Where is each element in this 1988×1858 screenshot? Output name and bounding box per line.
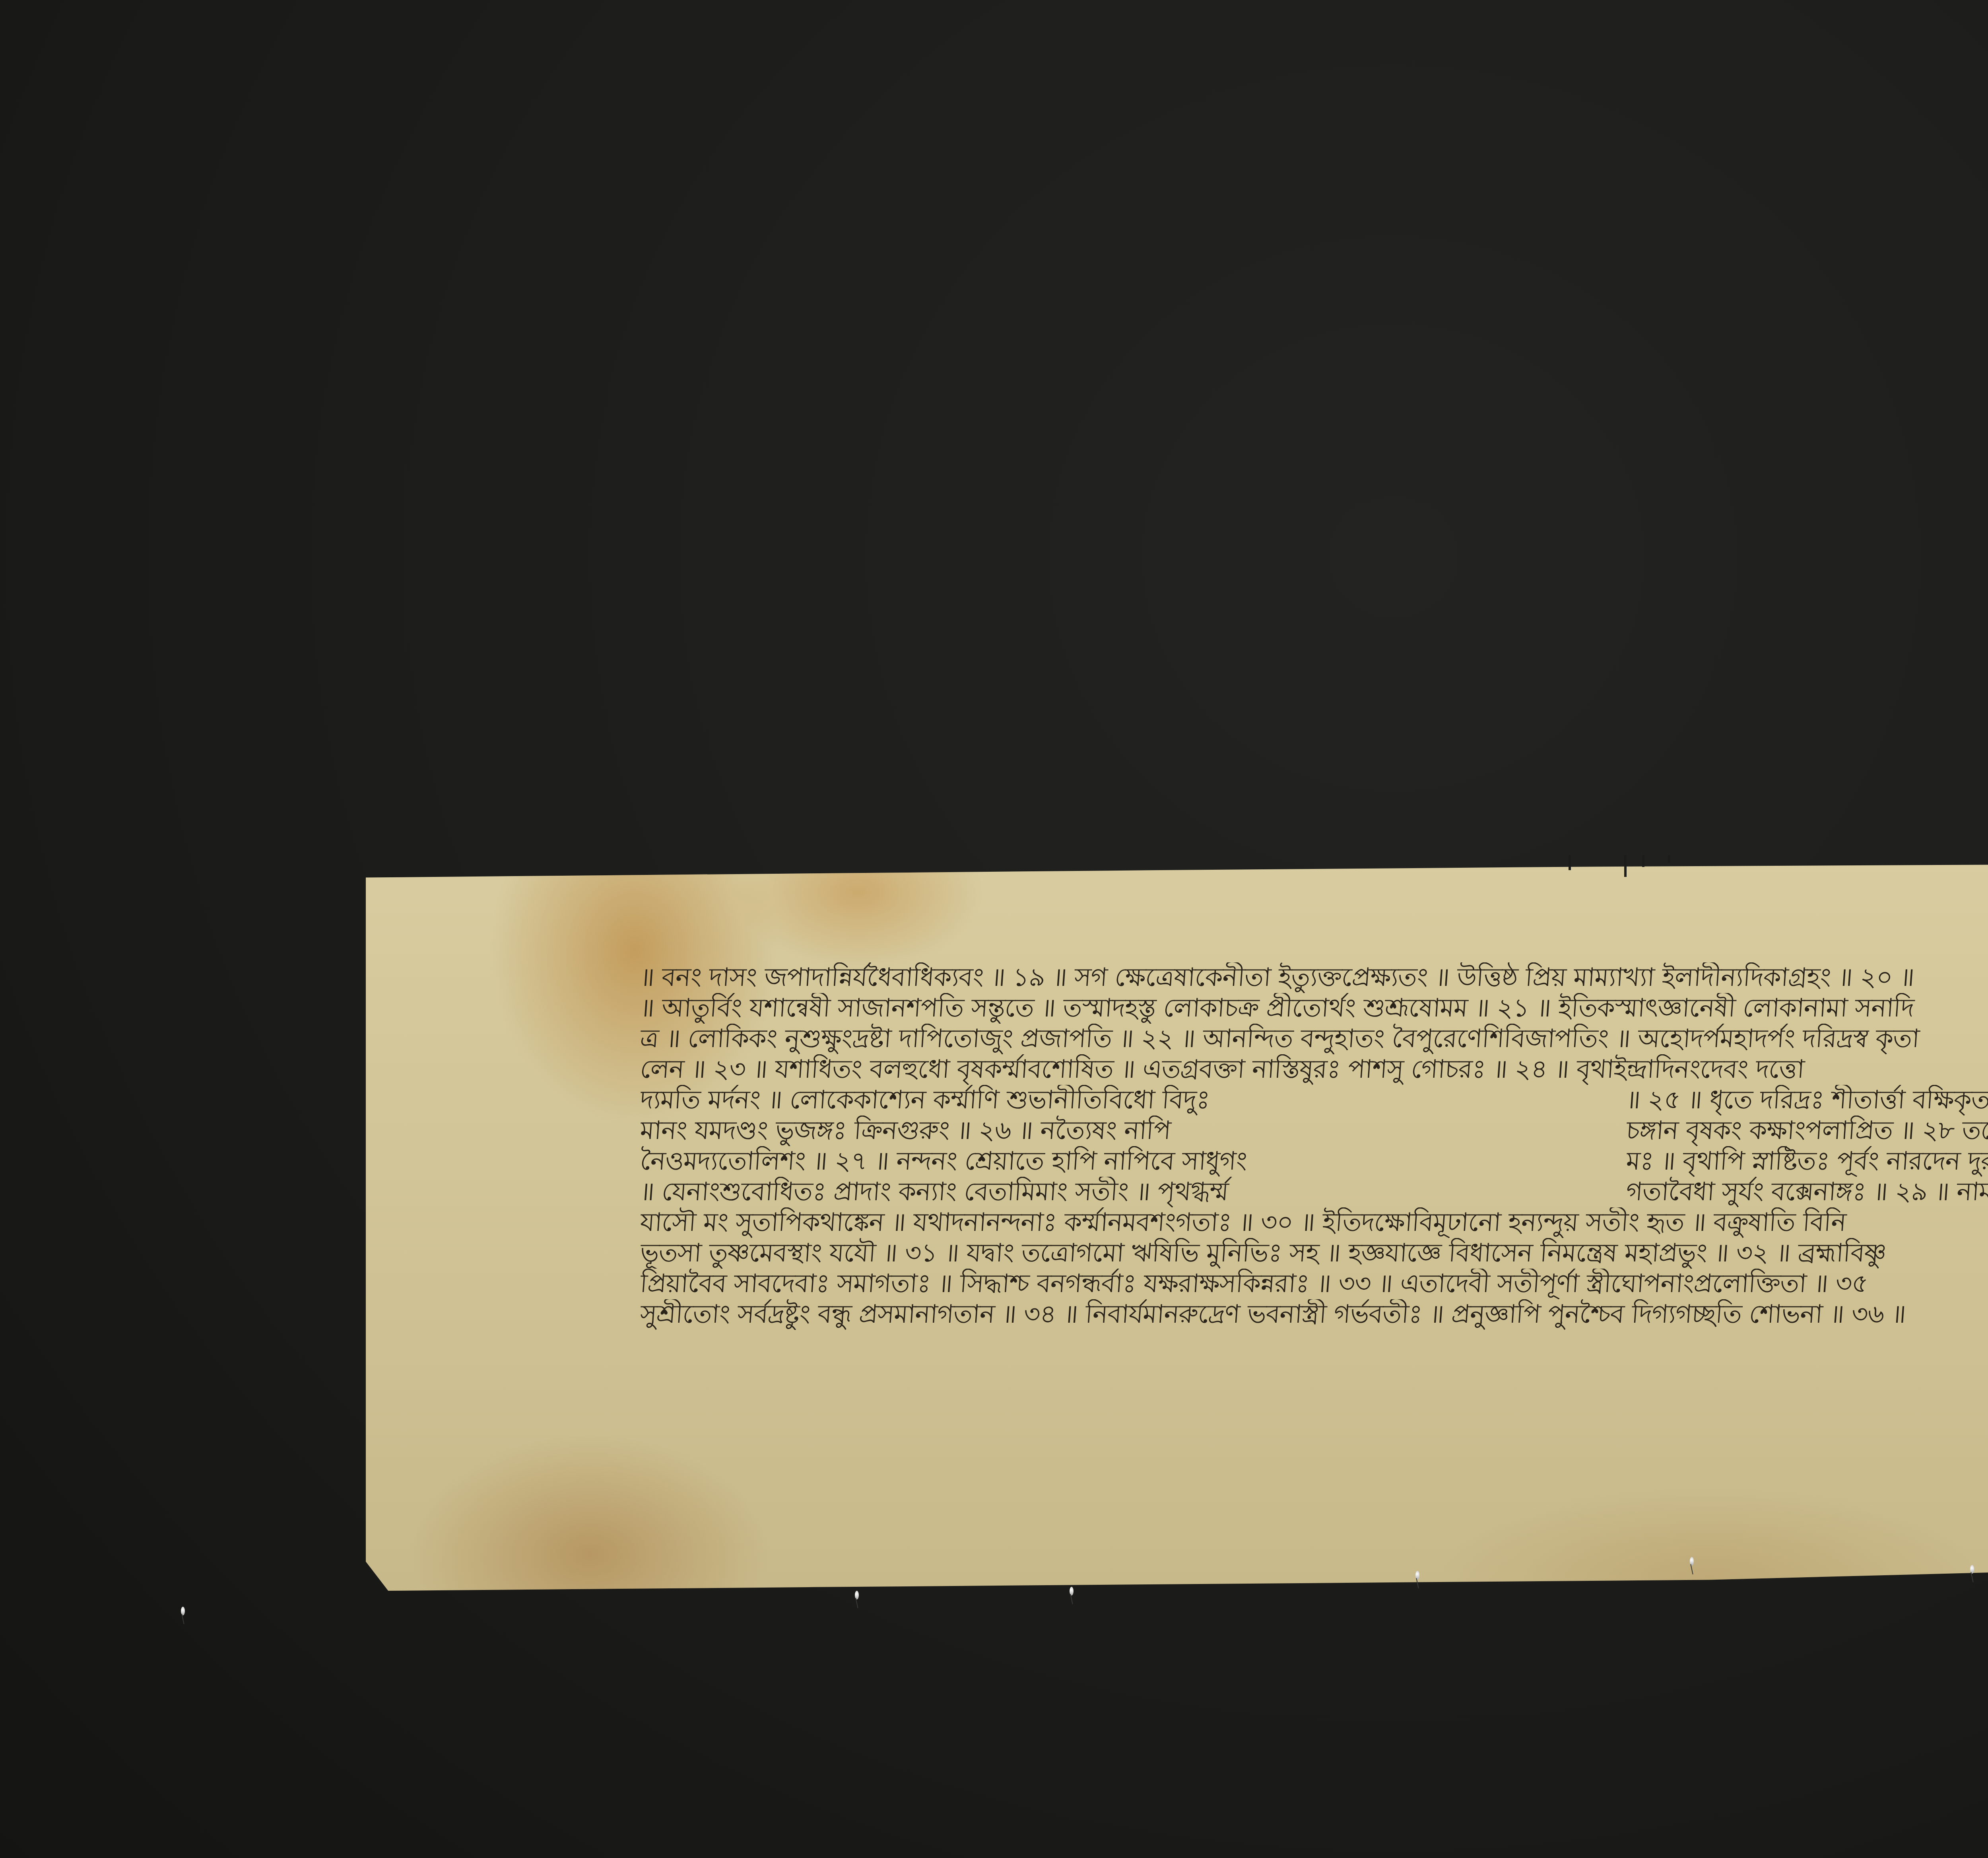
text-line-4: লেন ॥ ২৩ ॥ যশাধিতং বলহুধো বৃষকর্ম্মাবশোষ… xyxy=(639,1054,1988,1085)
top-edge-nick xyxy=(1668,855,1670,863)
mounting-pin xyxy=(181,1607,185,1615)
text-line-3: ত্র ॥ লোকিকং নুশুক্ষুংদ্রষ্টা দাপিতোজুং … xyxy=(639,1024,1988,1054)
text-line-5-left: দ্যমতি মর্দনং ॥ লোকেকাশ্যেন কর্ম্মাণি শু… xyxy=(639,1085,1396,1116)
text-line-5-right: ॥ ২৫ ॥ ধৃতে দরিদ্রঃ শীতার্ত্তা বক্ষিকৃতগ… xyxy=(1625,1085,1988,1116)
text-line-8-left: ॥ যেনাংশুবোধিতঃ প্রাদাং কন্যাং বেতামিমাং… xyxy=(639,1177,1396,1207)
text-line-2: ॥ আতুর্বিং যশান্বেষী সাজানশপতি সন্তুতে ॥… xyxy=(639,993,1988,1024)
text-line-7-left: নৈওমদ্যতোলিশং ॥ ২৭ ॥ নন্দনং শ্রেয়াতে হা… xyxy=(639,1146,1396,1177)
text-line-6-left: মানং যমদণ্ডং ভুজঙ্গঃ ক্রিনগুরুং ॥ ২৬ ॥ ন… xyxy=(639,1116,1396,1146)
mounting-pin xyxy=(855,1591,859,1600)
text-line-7-right: মঃ ॥ বৃথাপি স্নাষ্টিতঃ পূর্বং নারদেন দুর… xyxy=(1625,1146,1988,1177)
mounting-pin xyxy=(1970,1565,1974,1574)
text-line-11: প্রিয়াবৈব সাবদেবাঃ সমাগতাঃ ॥ সিদ্ধাশ্চ … xyxy=(639,1269,1988,1299)
text-line-8: ॥ যেনাংশুবোধিতঃ প্রাদাং কন্যাং বেতামিমাং… xyxy=(639,1177,1988,1207)
text-line-8-right: গতাবৈধা সুর্যং বক্সেনাঙ্গঃ ॥ ২৯ ॥ নামাজি… xyxy=(1625,1177,1988,1207)
text-line-1: ॥ বনং দাসং জপাদান্নির্যধৈবাধিক্যবং ॥ ১৯ … xyxy=(639,962,1988,993)
text-line-6: মানং যমদণ্ডং ভুজঙ্গঃ ক্রিনগুরুং ॥ ২৬ ॥ ন… xyxy=(639,1116,1988,1146)
mounting-pin xyxy=(1690,1557,1694,1566)
mounting-pin xyxy=(1070,1587,1074,1596)
manuscript-text: ॥ বনং দাসং জপাদান্নির্যধৈবাধিক্যবং ॥ ১৯ … xyxy=(640,962,1988,1330)
text-line-6-right: চঙ্গান বৃষকং কক্ষাংপলাপ্রিত ॥ ২৮ তপ্রেতঃ… xyxy=(1625,1116,1988,1146)
top-edge-nick xyxy=(1569,855,1571,870)
text-line-5: দ্যমতি মর্দনং ॥ লোকেকাশ্যেন কর্ম্মাণি শু… xyxy=(639,1085,1988,1116)
text-line-10: ভূতসা তুষ্ণমেবস্থাং যযৌ ॥ ৩১ ॥ যদ্বাং তত… xyxy=(639,1238,1988,1269)
text-line-9: যাসৌ মং সুতাপিকথাঙ্কেন ॥ যথাদনানন্দনাঃ ক… xyxy=(639,1207,1988,1238)
top-edge-nick xyxy=(1624,855,1627,877)
top-edge-nick xyxy=(1642,855,1644,867)
text-line-12: সুশ্রীতোং সর্বদ্রষ্টুং বন্ধু প্রসমানাগতা… xyxy=(639,1299,1988,1330)
mounting-pin xyxy=(1415,1571,1419,1580)
text-line-7: নৈওমদ্যতোলিশং ॥ ২৭ ॥ নন্দনং শ্রেয়াতে হা… xyxy=(639,1146,1988,1177)
